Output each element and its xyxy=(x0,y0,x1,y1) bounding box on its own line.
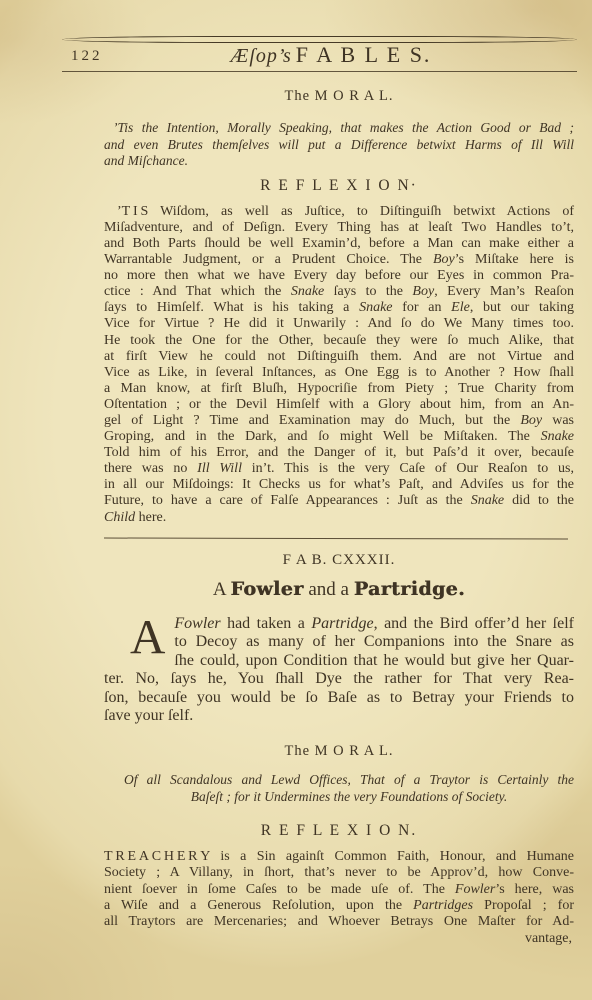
text-line: a Wiſe and a Generous Reſolution, upon t… xyxy=(104,898,574,914)
text-line: Oſtentation ; or the Devil Himſelf with … xyxy=(104,397,574,413)
fable-title-middle: and a xyxy=(304,579,354,600)
text-line: Vice as Like, in ſeveral Inſtances, as O… xyxy=(104,365,574,381)
text-line: and Both Parts ſhould be well Examin’d, … xyxy=(104,236,574,252)
text-line: Child here. xyxy=(104,510,574,526)
fable-title-prefix: A xyxy=(213,579,230,600)
text-line: no more then what we have Every day befo… xyxy=(104,268,574,284)
text-line: and even Brutes themſelves will put a Di… xyxy=(104,137,574,154)
text-line: ter. No, ſays he, You ſhall Dye the rath… xyxy=(104,670,574,688)
reflexion-heading: R E F L E X I O N· xyxy=(104,177,574,195)
running-title-author: Æſop’s xyxy=(231,45,292,67)
text-line: ſhe could, upon Condition that he would … xyxy=(104,652,574,670)
moral-heading: The M O R A L. xyxy=(104,88,574,105)
text-line: and Miſchance. xyxy=(104,153,574,170)
text-line: T R E A C H E R Y is a Sin againſt Commo… xyxy=(104,849,574,865)
header-rule xyxy=(62,71,577,72)
text-line: Of all Scandalous and Lewd Offices, That… xyxy=(124,771,574,788)
reflexion-paragraph: T R E A C H E R Y is a Sin againſt Commo… xyxy=(104,849,574,929)
text-line: to Decoy as many of her Companions into … xyxy=(104,633,574,651)
text-line: in all our Miſdoings: It Checks us for w… xyxy=(104,477,574,493)
text-line: Society ; A Villany, in ſhort, that’s ne… xyxy=(104,865,574,881)
running-title: Æſop’s F A B L E S. xyxy=(70,42,592,68)
text-line: nient ſoever in ſome Caſes to be made uſ… xyxy=(104,882,574,898)
text-line: ’T I S Wiſdom, as well as Juſtice, to Di… xyxy=(104,204,574,220)
text-line: Miſadventure, and of Deſign. Every Thing… xyxy=(104,220,574,236)
text-line: ctice : And That which the Snake ſays to… xyxy=(104,284,574,300)
text-line: gel of Light ? Time and Examination may … xyxy=(104,413,574,429)
text-line: Baſeſt ; for it Undermines the very Foun… xyxy=(124,788,574,805)
running-title-caps: F A B L E S. xyxy=(296,42,432,67)
catchword: vantage, xyxy=(104,931,574,947)
text-line: at firſt View he could not Diſtinguiſh t… xyxy=(104,349,574,365)
reflexion-heading: R E F L E X I O N. xyxy=(104,822,574,840)
fable-title-partridge: Partridge. xyxy=(354,578,465,600)
text-line: Warrantable Judgment, or a Prudent Choic… xyxy=(104,252,574,268)
fable-title-fowler: Fowler xyxy=(230,578,303,600)
text-line: a Man know, at firſt Bluſh, Hypocriſie f… xyxy=(104,381,574,397)
fable-paragraph: A Fowler had taken a Partridge, and the … xyxy=(104,615,574,725)
text-line: ’Tis the Intention, Morally Speaking, th… xyxy=(104,120,574,137)
text-line: ſave your ſelf. xyxy=(104,707,574,725)
text-line: He took the One for the Other, becauſe t… xyxy=(104,333,574,349)
text-line: Groping, and in the Dark, and ſo might W… xyxy=(104,429,574,445)
fable-lines: Fowler had taken a Partridge, and the Bi… xyxy=(104,615,574,725)
moral-text: ’Tis the Intention, Morally Speaking, th… xyxy=(104,120,574,170)
moral-text: Of all Scandalous and Lewd Offices, That… xyxy=(104,771,574,805)
text-line: ſon, becauſe you would be ſo Baſe as to … xyxy=(104,689,574,707)
section-divider-rule xyxy=(104,537,568,539)
drop-cap: A xyxy=(130,618,165,655)
text-line: Fowler had taken a Partridge, and the Bi… xyxy=(104,615,574,633)
fable-title: A Fowler and a Partridge. xyxy=(104,578,574,601)
text-line: Future, to have a care of Falſe Appearan… xyxy=(104,493,574,509)
text-line: ſays to Himſelf. What is his taking a Sn… xyxy=(104,300,574,316)
text-line: there was no Ill Will in’t. This is the … xyxy=(104,461,574,477)
text-block: The M O R A L. ’Tis the Intention, Moral… xyxy=(104,84,574,947)
moral-heading: The M O R A L. xyxy=(104,743,574,760)
text-line: all Traytors are Mercenaries; and Whoeve… xyxy=(104,914,574,930)
text-line: Told him of his Error, and the Danger of… xyxy=(104,445,574,461)
fable-number-heading: F A B. CXXXII. xyxy=(104,552,574,569)
text-line: Vice for Virtue ? He did it Unwarily : A… xyxy=(104,316,574,332)
book-page: 122 Æſop’s F A B L E S. The M O R A L. ’… xyxy=(0,0,592,1000)
reflexion-paragraph: ’T I S Wiſdom, as well as Juſtice, to Di… xyxy=(104,204,574,526)
